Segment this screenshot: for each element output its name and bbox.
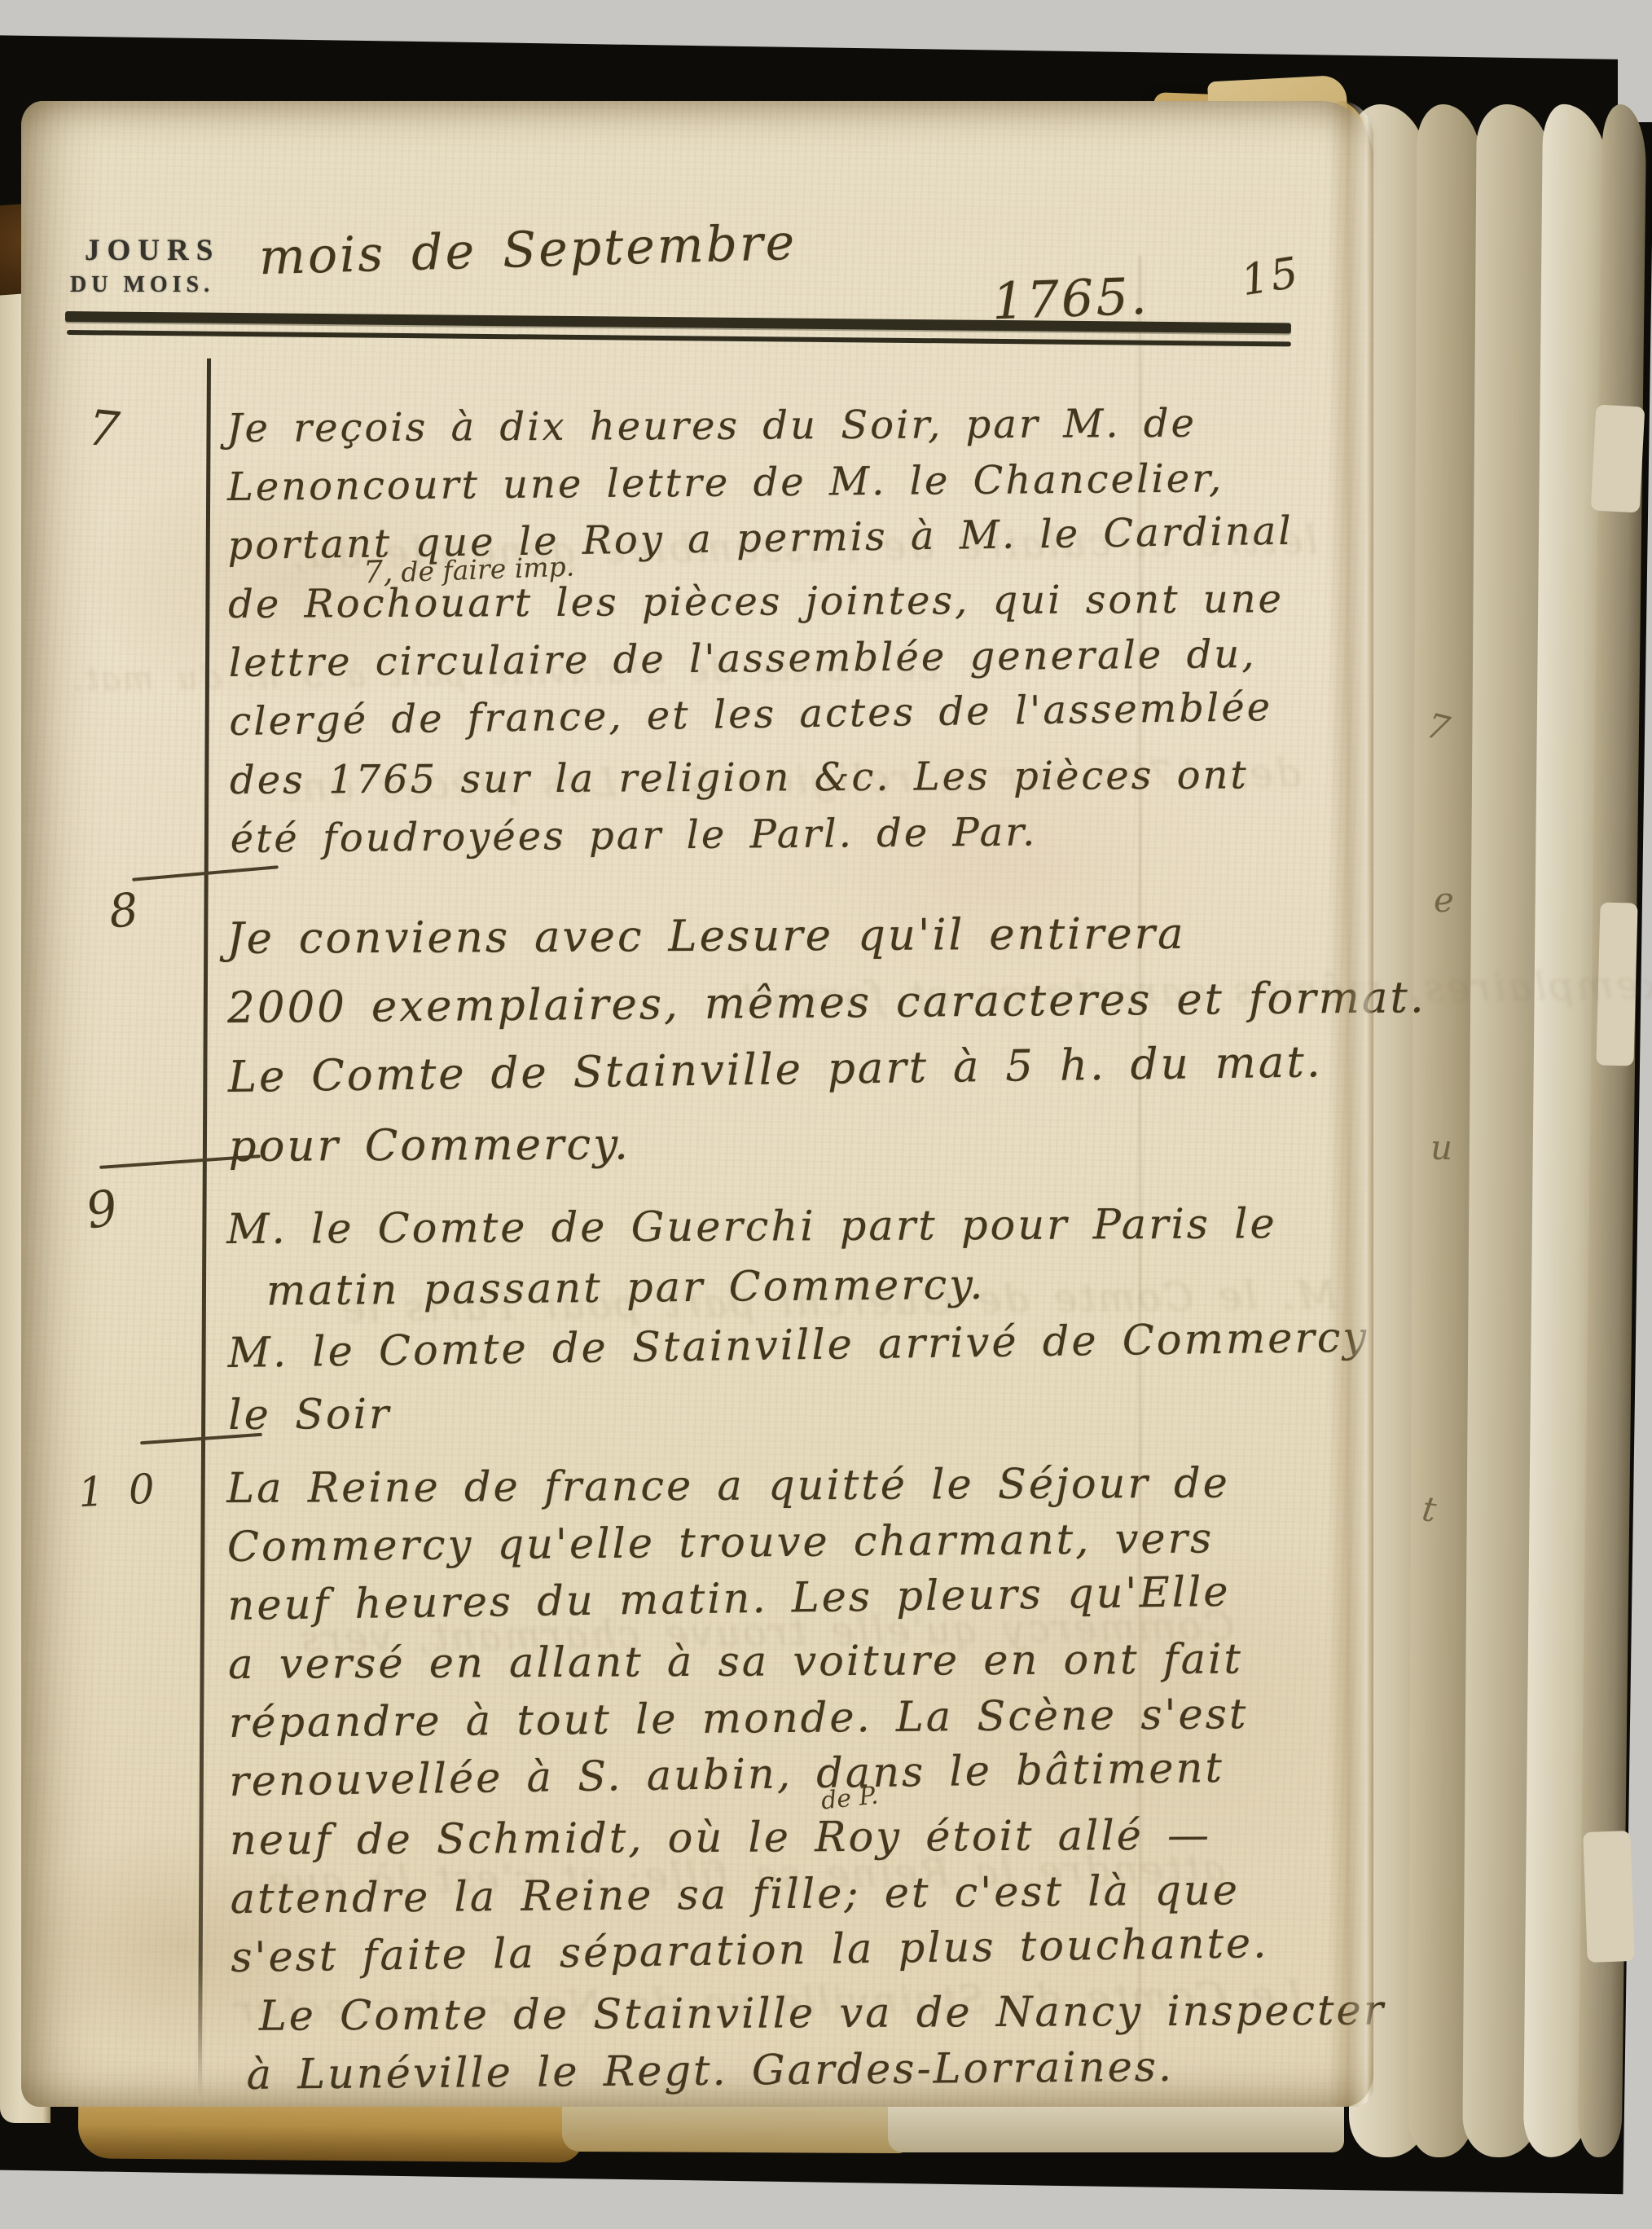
insertion-text: de P. <box>819 1781 879 1815</box>
journal-page: lettre circulaire de l'assemblée general… <box>21 101 1373 2107</box>
insertion-text: de faire imp. <box>401 550 575 587</box>
interline-insertion: 7,de faire imp. <box>362 547 574 590</box>
entry-line: des 1765 sur la religion &c. Les pièces … <box>230 745 1329 810</box>
scanned-journal-photo: 7 e u t + lettre circulaire de l'assembl… <box>0 0 1652 2229</box>
printed-days-label-line2: DU MOIS. <box>70 272 214 298</box>
fore-edge-ink-mark: u <box>1430 1128 1452 1167</box>
entry-line: pour Commercy. <box>228 1106 1328 1181</box>
day-number: 10 <box>77 1464 180 1516</box>
day-number: 9 <box>81 1179 122 1241</box>
entry-line: Le Comte de Stainville part à 5 h. du ma… <box>227 1027 1328 1112</box>
journal-entry-day-7: Je reçois à dix heures du Soir, par M. d… <box>226 389 1330 868</box>
journal-entry-day-8: Je conviens avec Lesure qu'il entirera 2… <box>226 895 1329 1181</box>
header-rule-thin <box>67 330 1291 346</box>
page-number-handwritten: 15 <box>1238 248 1304 306</box>
day-number: 8 <box>107 883 141 939</box>
entry-line: La Reine de france a quitté le Séjour de <box>226 1454 1326 1519</box>
insertion-caret-mark: 7, <box>362 553 393 590</box>
journal-entry-day-9: M. le Comte de Guerchi part pour Paris l… <box>226 1189 1329 1447</box>
entry-line: été foudroyées par le Parl. de Par. <box>230 800 1330 868</box>
day-number: 7 <box>85 399 121 459</box>
entry-line: le Soir <box>228 1379 1328 1447</box>
entry-line: Je reçois à dix heures du Soir, par M. d… <box>226 393 1326 458</box>
entry-line: Je conviens avec Lesure qu'il entirera <box>226 899 1326 974</box>
loose-page-tab <box>1591 405 1645 513</box>
printed-days-label-line1: JOURS <box>85 233 220 268</box>
loose-page-tab <box>1583 1831 1635 1963</box>
interline-insertion: de P. <box>819 1781 879 1815</box>
fore-edge-ink-mark: e <box>1434 880 1454 920</box>
entry-line: M. le Comte de Guerchi part pour Paris l… <box>226 1194 1326 1261</box>
page-edge-highlight <box>1328 101 1373 2107</box>
journal-entry-day-10: La Reine de france a quitté le Séjour de… <box>226 1450 1332 2105</box>
month-title-handwritten: mois de Septembre <box>258 214 797 286</box>
day-column-rule <box>198 358 211 2099</box>
entry-line: neuf de Schmidt, où le Roy étoit allé — <box>230 1806 1329 1871</box>
fore-edge-page-stack: 7 e u t <box>1349 104 1634 2157</box>
year-handwritten: 1765. <box>991 266 1150 332</box>
entry-line: a versé en allant à sa voiture en ont fa… <box>228 1630 1328 1695</box>
entry-line: à Lunéville le Regt. Gardes-Lorraines. <box>231 2037 1332 2105</box>
entry-line: Le Comte de Stainville va de Nancy inspe… <box>231 1982 1331 2047</box>
